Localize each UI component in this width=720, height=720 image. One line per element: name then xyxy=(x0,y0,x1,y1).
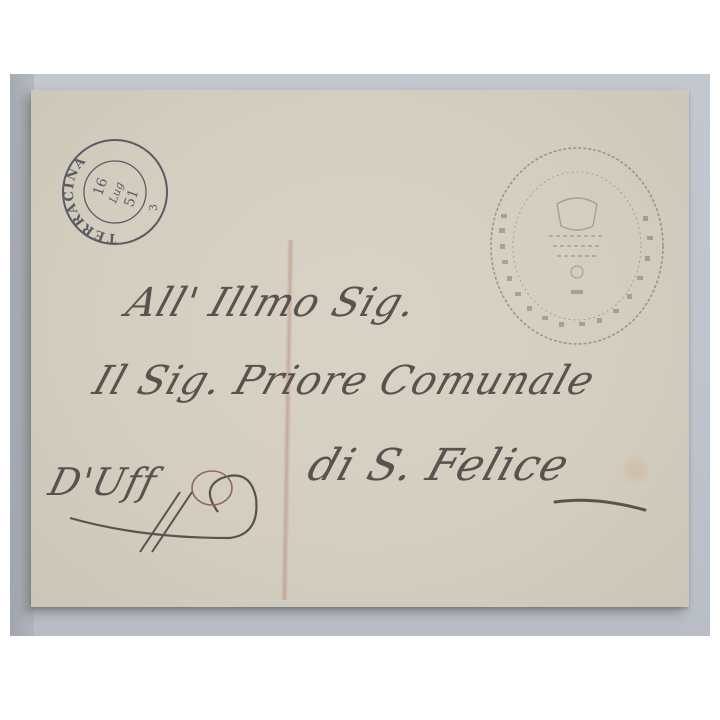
address-line-1: All' Illmo Sig. xyxy=(121,280,424,326)
annotation-flourish xyxy=(40,440,270,560)
address-line-2: Il Sig. Priore Comunale xyxy=(88,358,601,404)
terracina-datestamp: TERRACINA 16 Lug 51 3 xyxy=(60,137,170,247)
datestamp-year: 51 xyxy=(121,187,142,209)
address-flourish xyxy=(355,470,655,530)
official-seal xyxy=(487,144,667,349)
datestamp-ornament: 3 xyxy=(147,204,160,211)
